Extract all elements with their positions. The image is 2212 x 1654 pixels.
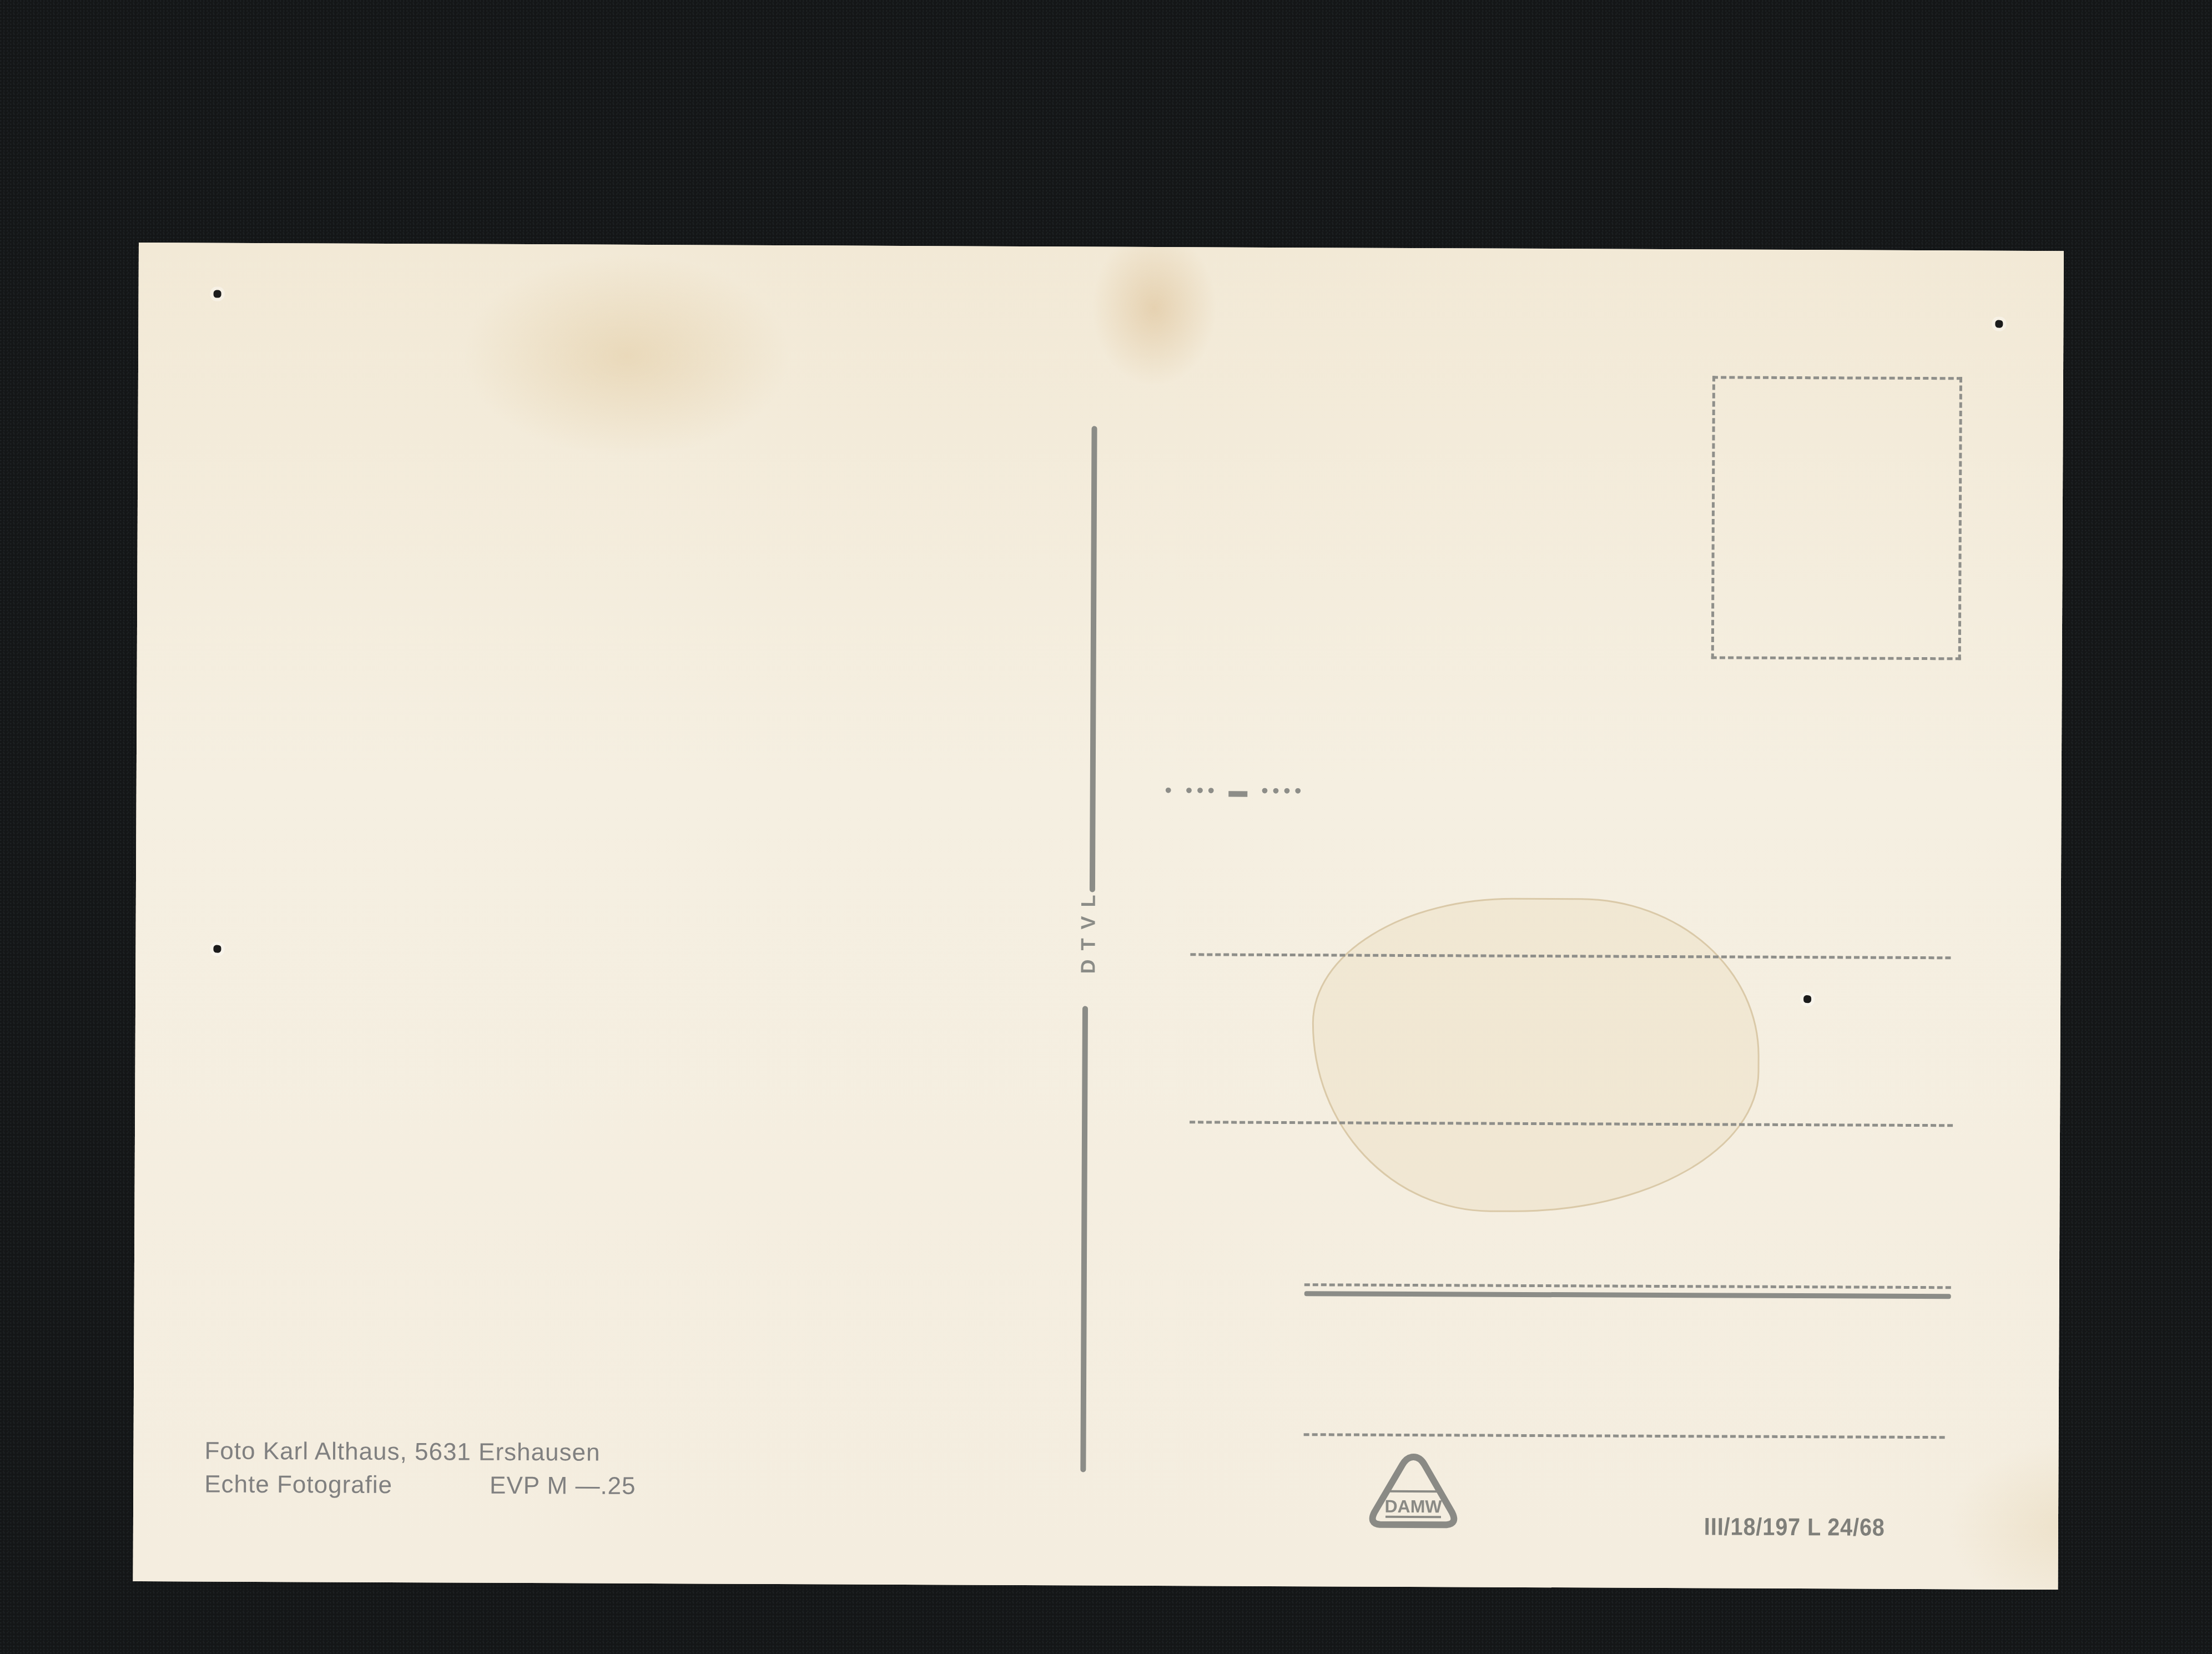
stamp-box: [1711, 376, 1962, 660]
water-stain: [1311, 897, 1760, 1213]
imprint-price: EVP M —.25: [490, 1472, 636, 1500]
pin-hole: [214, 290, 221, 298]
address-line-3-solid: [1304, 1291, 1951, 1299]
divider-line-upper: [1090, 426, 1097, 892]
postal-code-dots: • ••• ▬ ••••: [1165, 780, 1306, 802]
divider-line-lower: [1080, 1006, 1088, 1472]
publisher-imprint: Foto Karl Althaus, 5631 Ershausen Echte …: [204, 1435, 636, 1503]
postcard-back: DTVL • ••• ▬ •••• Foto Karl Althaus, 563…: [133, 243, 2063, 1590]
imprint-publisher: Foto Karl Althaus, 5631 Ershausen: [204, 1435, 636, 1470]
logo-text: DAMW: [1384, 1496, 1442, 1516]
pin-hole: [213, 945, 221, 953]
damw-logo-icon: DAMW: [1369, 1451, 1458, 1532]
imprint-photo-type: Echte Fotografie: [204, 1471, 392, 1499]
address-line-4: [1304, 1433, 1945, 1439]
pin-hole: [1803, 995, 1811, 1003]
address-line-3-dashed: [1304, 1283, 1951, 1289]
imprint-line-2: Echte FotografieEVP M —.25: [204, 1468, 636, 1503]
print-code: III/18/197 L 24/68: [1704, 1513, 1885, 1541]
divider-label: DTVL: [1077, 940, 1099, 974]
pin-hole: [1995, 320, 2003, 328]
